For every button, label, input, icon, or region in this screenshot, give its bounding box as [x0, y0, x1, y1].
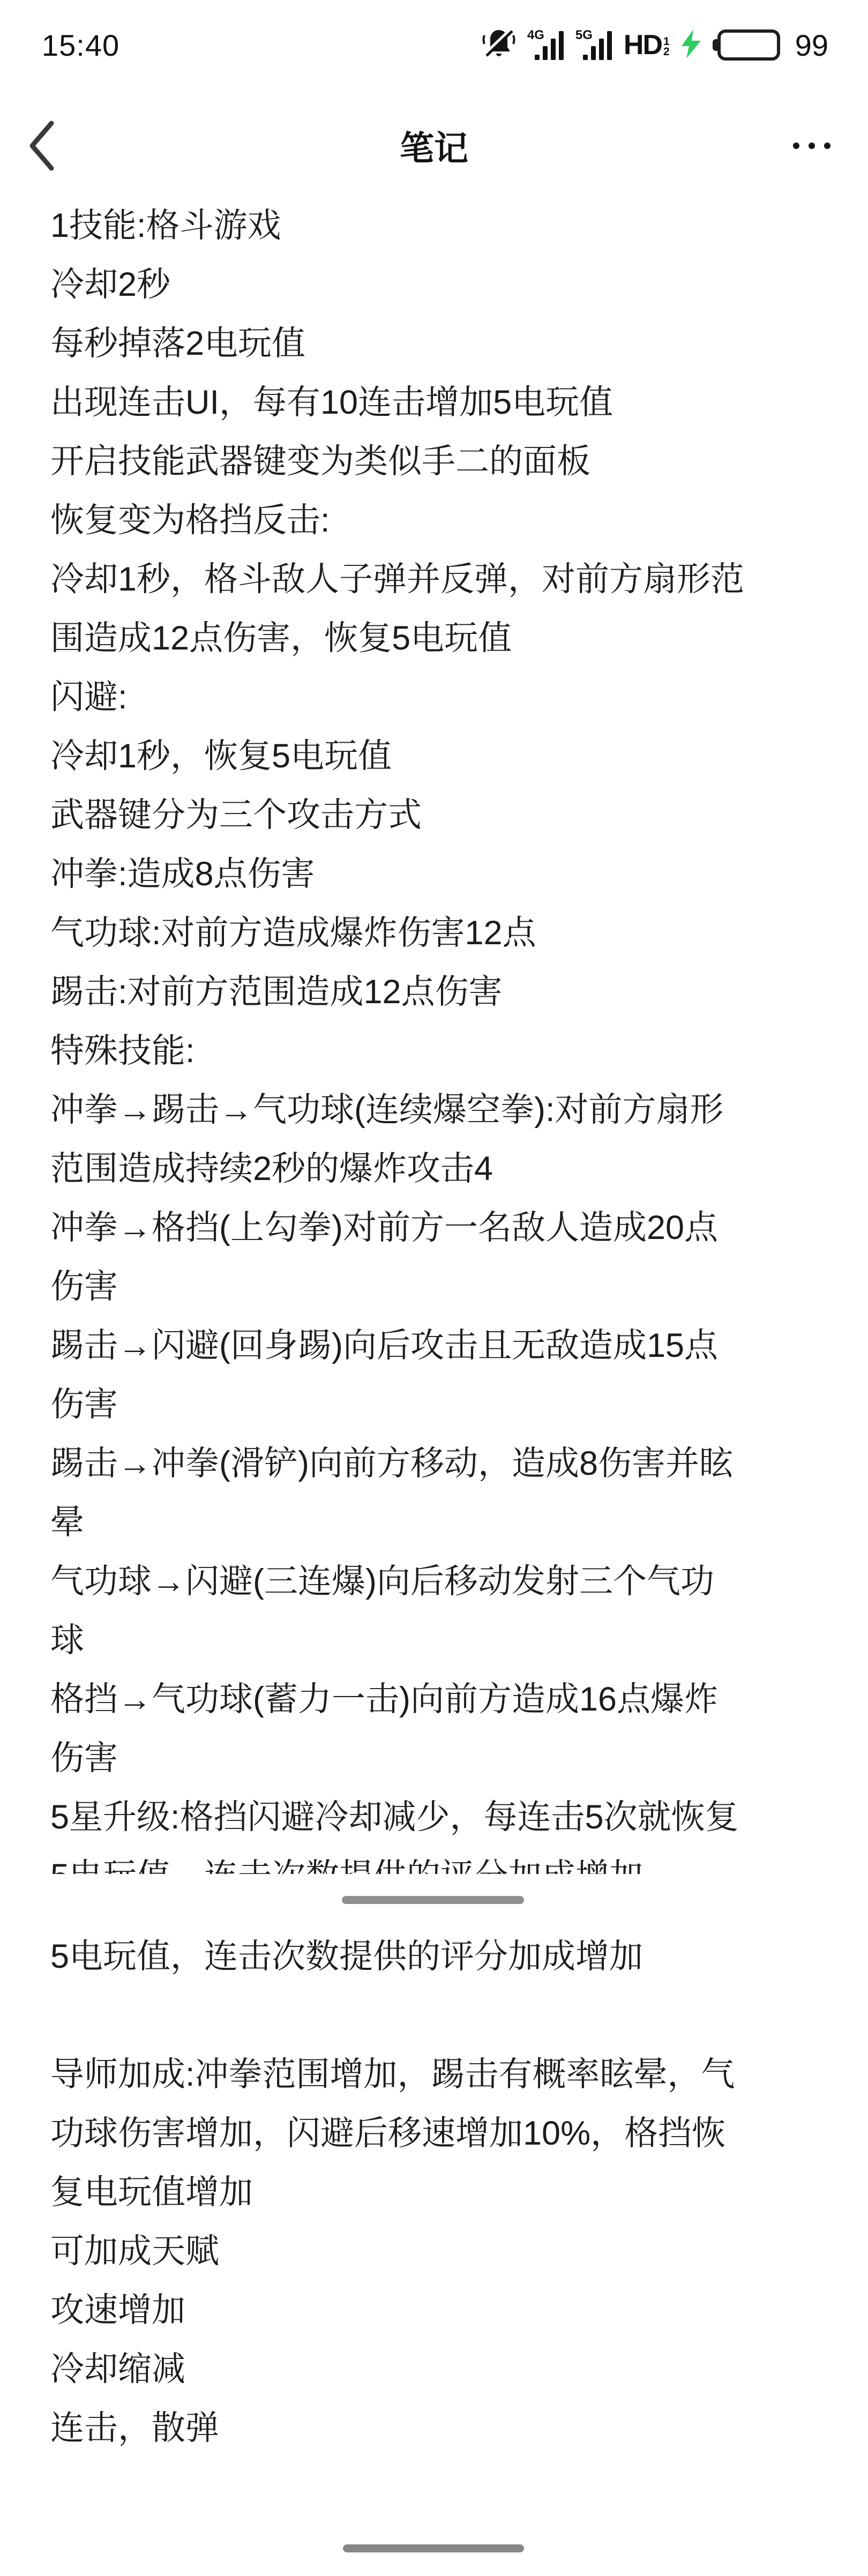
note-line: 伤害 [50, 1257, 844, 1316]
notes-app-screen: 15:40 4G 5G HD [0, 0, 868, 2576]
more-button[interactable] [793, 133, 830, 159]
note-line: 冲拳→格挡(上勾拳)对前方一名敌人造成20点 [50, 1198, 844, 1257]
note-content-page-2[interactable]: 5电玩值，连击次数提供的评分加成增加 导师加成:冲拳范围增加，踢击有概率眩晕，气… [50, 1927, 844, 2458]
note-line: 开启技能武器键变为类似手二的面板 [50, 432, 844, 491]
note-line: 踢击→闪避(回身踢)向后攻击且无敌造成15点 [50, 1316, 844, 1375]
hd-label: HD [624, 29, 662, 61]
battery-body [717, 29, 780, 61]
note-line: 冷却缩减 [50, 2340, 844, 2399]
note-line: 特殊技能: [50, 1021, 844, 1080]
note-line: 冲拳→踢击→气功球(连续爆空拳):对前方扇形 [50, 1080, 844, 1139]
note-line: 冷却2秒 [50, 255, 844, 314]
note-line: 5星升级:格挡闪避冷却减少，每连击5次就恢复 [50, 1788, 844, 1847]
note-line: 1技能:格斗游戏 [50, 196, 844, 255]
note-line: 攻速增加 [50, 2281, 844, 2340]
note-line: 球 [50, 1611, 844, 1670]
battery-percent: 99 [795, 28, 828, 63]
note-line: 踢击:对前方范围造成12点伤害 [50, 962, 844, 1021]
note-line: 伤害 [50, 1729, 844, 1788]
hd-icon: HD 1 2 [624, 29, 670, 61]
note-line: 5电玩值，连击次数提供的评分加成增加 [50, 1847, 844, 1874]
status-time: 15:40 [42, 28, 119, 63]
note-line: 格挡→气功球(蓄力一击)向前方造成16点爆炸 [50, 1670, 844, 1729]
mute-bell-icon [482, 28, 515, 63]
signal-5g-bars [583, 31, 612, 60]
note-line: 气功球→闪避(三连爆)向后移动发射三个气功 [50, 1552, 844, 1611]
note-line: 出现连击UI，每有10连击增加5电玩值 [50, 373, 844, 432]
note-line: 连击，散弹 [50, 2399, 844, 2458]
note-line: 5电玩值，连击次数提供的评分加成增加 [50, 1927, 844, 1986]
page-break-divider [342, 1896, 524, 1904]
signal-5g-icon: 5G [575, 29, 612, 61]
nav-bar: 笔记 [0, 114, 868, 178]
note-line [50, 1986, 844, 2045]
note-line: 冷却1秒，格斗敌人子弹并反弹，对前方扇形范 [50, 550, 844, 609]
note-line: 导师加成:冲拳范围增加，踢击有概率眩晕，气 [50, 2045, 844, 2104]
note-line: 范围造成持续2秒的爆炸攻击4 [50, 1139, 844, 1198]
note-line: 气功球:对前方造成爆炸伤害12点 [50, 904, 844, 962]
hd-fraction: 1 2 [663, 36, 670, 57]
note-line: 功球伤害增加，闪避后移速增加10%，格挡恢 [50, 2104, 844, 2163]
battery-icon [713, 29, 780, 61]
note-line: 踢击→冲拳(滑铲)向前方移动，造成8伤害并眩 [50, 1434, 844, 1493]
page-title: 笔记 [0, 114, 868, 178]
note-line: 武器键分为三个攻击方式 [50, 786, 844, 845]
home-indicator[interactable] [343, 2544, 524, 2552]
signal-4g-bars [535, 31, 564, 60]
note-line: 伤害 [50, 1375, 844, 1434]
ellipsis-icon [793, 143, 830, 149]
status-bar: 15:40 4G 5G HD [0, 20, 868, 70]
signal-4g-icon: 4G [527, 29, 564, 61]
note-line: 晕 [50, 1493, 844, 1552]
note-content-page-1[interactable]: 1技能:格斗游戏 冷却2秒 每秒掉落2电玩值 出现连击UI，每有10连击增加5电… [50, 196, 844, 1874]
note-line: 闪避: [50, 668, 844, 727]
charging-bolt-icon [682, 29, 701, 61]
note-line: 恢复变为格挡反击: [50, 491, 844, 550]
hd-fraction-bottom: 2 [663, 47, 670, 57]
note-line: 每秒掉落2电玩值 [50, 314, 844, 373]
note-line: 可加成天赋 [50, 2222, 844, 2281]
note-line: 冲拳:造成8点伤害 [50, 845, 844, 904]
note-line: 复电玩值增加 [50, 2163, 844, 2222]
note-line: 冷却1秒，恢复5电玩值 [50, 727, 844, 786]
note-line: 围造成12点伤害，恢复5电玩值 [50, 609, 844, 668]
status-icons: 4G 5G HD 1 2 [482, 28, 828, 63]
